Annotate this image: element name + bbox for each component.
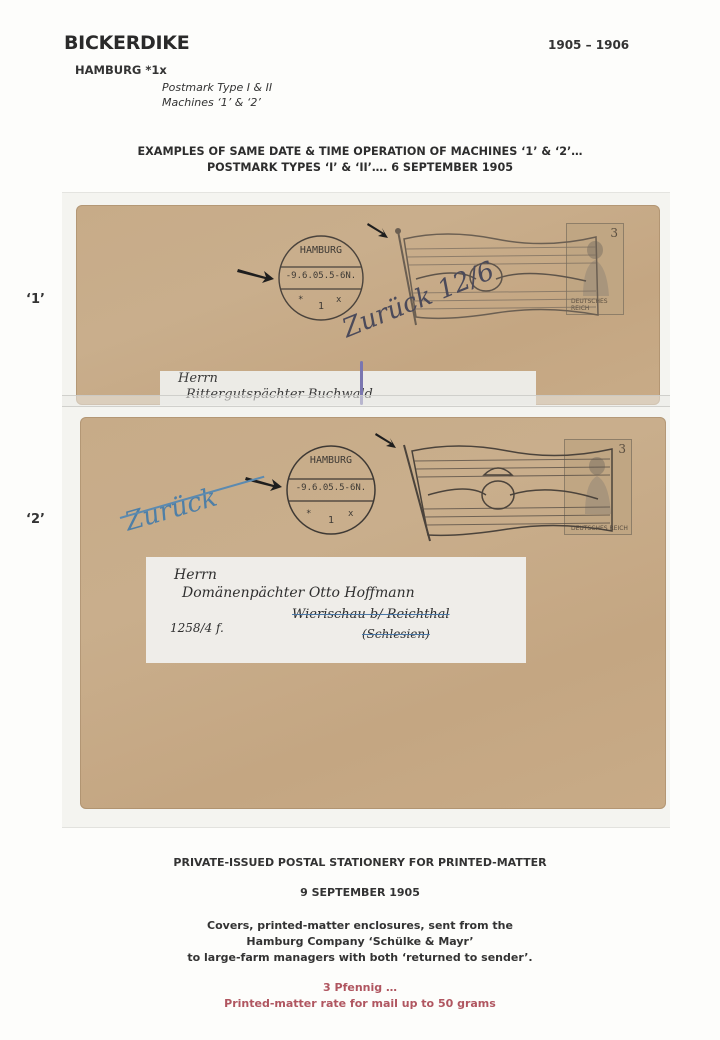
address-line-1: Herrn bbox=[174, 567, 217, 583]
rate-line-1: 3 Pfennig … bbox=[0, 980, 720, 996]
footer-description: Covers, printed-matter enclosures, sent … bbox=[0, 918, 720, 966]
footer-title: PRIVATE-ISSUED POSTAL STATIONERY FOR PRI… bbox=[0, 856, 720, 869]
manuscript-returned: Zurück bbox=[122, 483, 221, 538]
postmark-town: HAMBURG bbox=[276, 245, 366, 256]
mount-strip bbox=[62, 395, 670, 407]
desc-line-1: Covers, printed-matter enclosures, sent … bbox=[0, 918, 720, 934]
heading-line-2: POSTMARK TYPES ‘I’ & ‘II’…. 6 SEPTEMBER … bbox=[0, 160, 720, 176]
rate-note: 3 Pfennig … Printed-matter rate for mail… bbox=[0, 980, 720, 1012]
machines-note: Machines ‘1’ & ‘2’ bbox=[162, 95, 272, 110]
arrow-icon bbox=[374, 431, 398, 451]
address-line-4: (Schlesien) bbox=[362, 627, 430, 641]
footer-date: 9 SEPTEMBER 1905 bbox=[0, 886, 720, 899]
arrow-icon bbox=[236, 265, 276, 285]
postmark-suffix: x bbox=[336, 295, 341, 305]
machine-marker-2: ‘2’ bbox=[26, 512, 45, 527]
cover-2: 3 DEUTSCHES REICH HAMBURG -9.6.05.5-6N. … bbox=[80, 417, 666, 809]
postmark-type: Postmark Type I & II bbox=[162, 80, 272, 95]
section-heading: EXAMPLES OF SAME DATE & TIME OPERATION O… bbox=[0, 144, 720, 176]
postmark-date: -9.6.05.5-6N. bbox=[276, 271, 366, 281]
year-range: 1905 – 1906 bbox=[548, 38, 629, 52]
postmark-suffix: x bbox=[348, 509, 353, 519]
desc-line-2: Hamburg Company ‘Schülke & Mayr’ bbox=[0, 934, 720, 950]
cover-1: 3 DEUTSCHES REICH HAMBURG -9.6.05.5-6N. … bbox=[76, 205, 660, 405]
page-title: BICKERDIKE bbox=[64, 32, 189, 54]
address-reference: 1258/4 f. bbox=[170, 621, 224, 635]
address-line-3: Wierischau b/ Reichthal bbox=[292, 607, 450, 622]
address-line-2: Domänenpächter Otto Hoffmann bbox=[182, 585, 415, 601]
address-label: Herrn Domänenpächter Otto Hoffmann Wieri… bbox=[146, 557, 526, 663]
arrow-icon bbox=[366, 221, 390, 241]
rate-line-2: Printed-matter rate for mail up to 50 gr… bbox=[0, 996, 720, 1012]
heading-line-1: EXAMPLES OF SAME DATE & TIME OPERATION O… bbox=[0, 144, 720, 160]
stamp-value: 3 bbox=[618, 442, 626, 456]
postmark-date: -9.6.05.5-6N. bbox=[284, 483, 378, 493]
address-line-1: Herrn bbox=[178, 371, 218, 386]
location-subtitle: HAMBURG *1x bbox=[75, 63, 167, 77]
postmark-town: HAMBURG bbox=[284, 455, 378, 466]
flag-cancel-icon bbox=[398, 441, 618, 545]
postmark-office: 1 bbox=[284, 515, 378, 526]
desc-line-3: to large-farm managers with both ‘return… bbox=[0, 950, 720, 966]
postmark-type-note: Postmark Type I & II Machines ‘1’ & ‘2’ bbox=[162, 80, 272, 110]
postmark-machine-2: HAMBURG -9.6.05.5-6N. * 1 x bbox=[284, 443, 378, 537]
machine-marker-1: ‘1’ bbox=[26, 292, 45, 307]
